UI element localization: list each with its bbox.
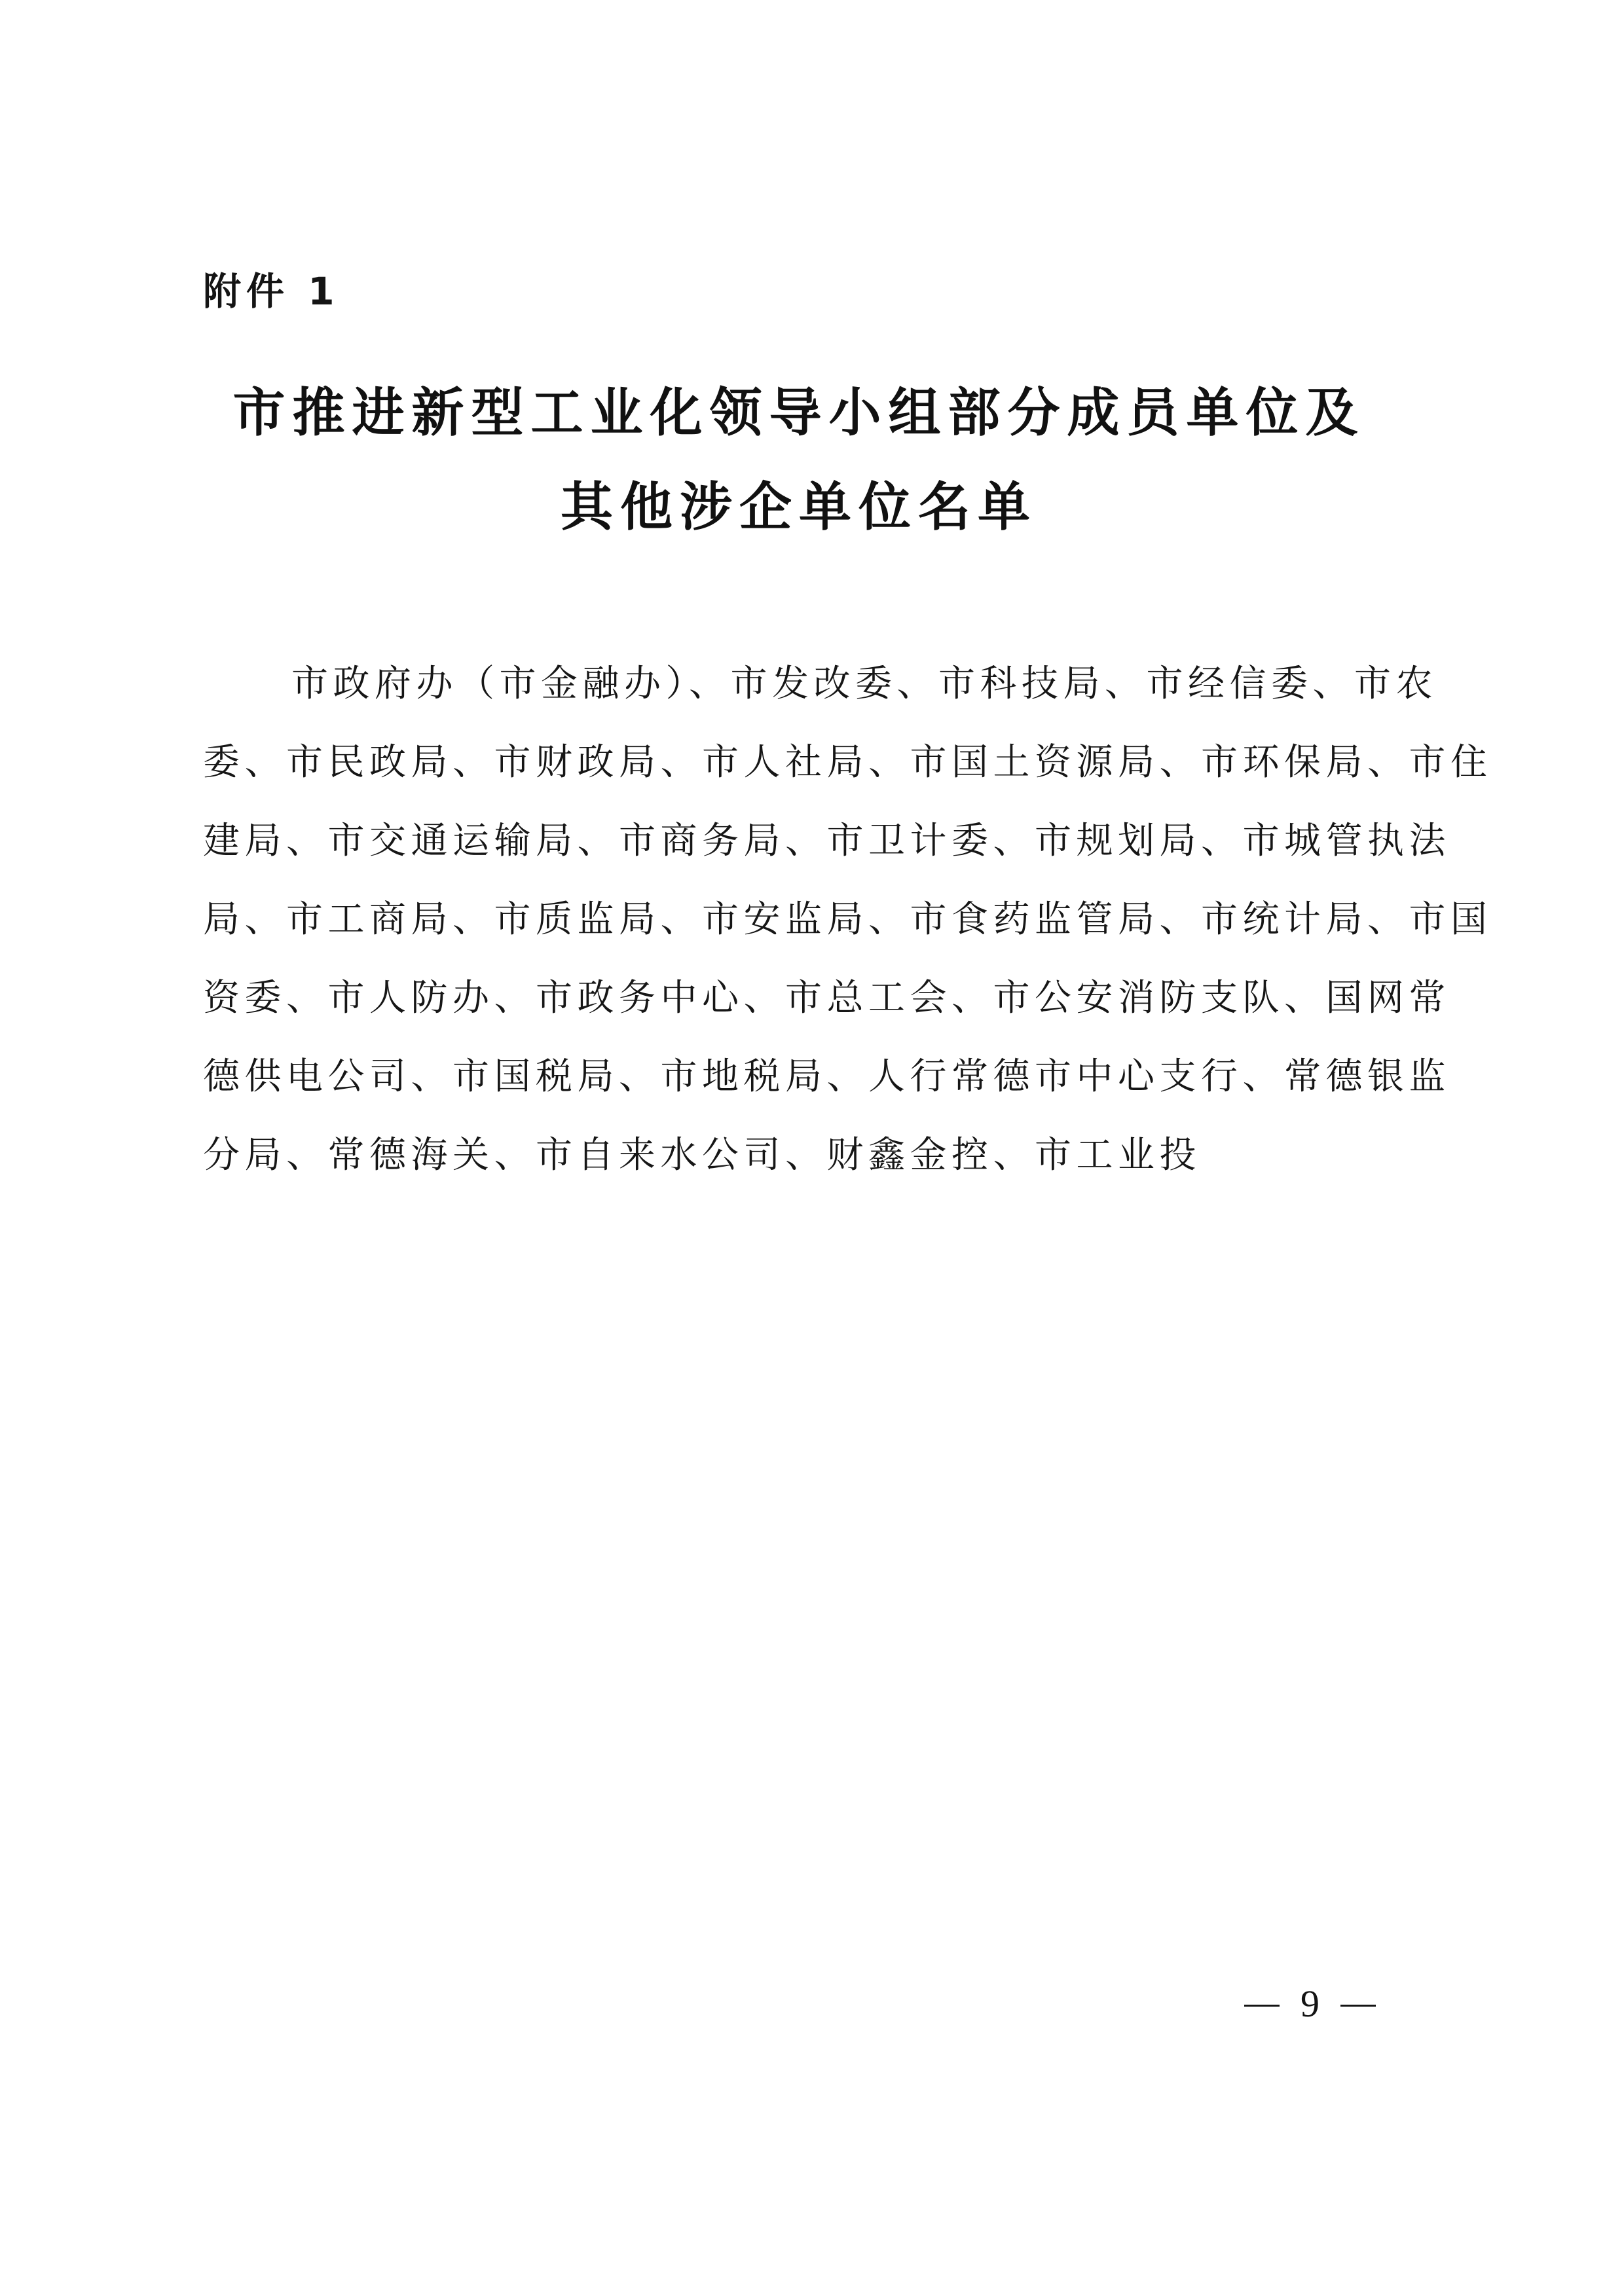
body-line: 德供电公司、市国税局、市地税局、人行常德市中心支行、常德银监 [203, 1051, 1395, 1129]
body-line: 分局、常德海关、市自来水公司、财鑫金控、市工业投 [203, 1129, 1395, 1208]
page-number-dash-left [1244, 2005, 1280, 2007]
document-page: 附件 1 市推进新型工业化领导小组部分成员单位及 其他涉企单位名单 市政府办（市… [0, 0, 1624, 2296]
body-line: 局、市工商局、市质监局、市安监局、市食药监管局、市统计局、市国 [203, 894, 1395, 972]
page-number: 9 [1244, 1977, 1376, 2030]
page-number-dash-right [1340, 2005, 1376, 2007]
attachment-label: 附件 1 [203, 268, 340, 314]
body-line: 市政府办（市金融办）、市发改委、市科技局、市经信委、市农 [203, 658, 1395, 737]
body-line: 资委、市人防办、市政务中心、市总工会、市公安消防支队、国网常 [203, 972, 1395, 1051]
page-number-value: 9 [1301, 1982, 1319, 2026]
body-line: 委、市民政局、市财政局、市人社局、市国土资源局、市环保局、市住 [203, 737, 1395, 815]
document-title-line-2: 其他涉企单位名单 [0, 477, 1598, 536]
document-title-line-1: 市推进新型工业化领导小组部分成员单位及 [0, 383, 1598, 442]
body-line: 建局、市交通运输局、市商务局、市卫计委、市规划局、市城管执法 [203, 815, 1395, 894]
unit-list-paragraph: 市政府办（市金融办）、市发改委、市科技局、市经信委、市农 委、市民政局、市财政局… [203, 658, 1395, 1208]
